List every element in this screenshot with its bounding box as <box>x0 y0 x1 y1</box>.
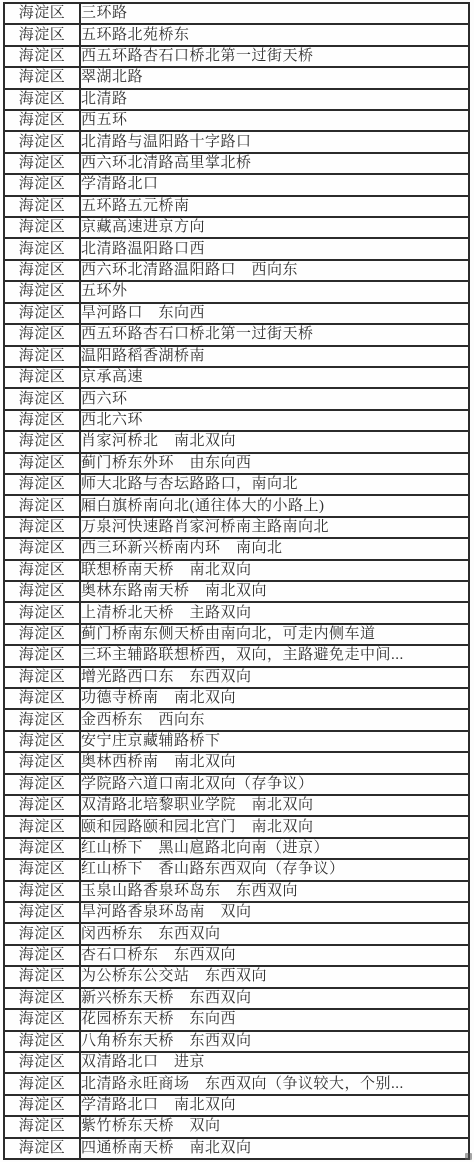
district-location-table: 海淀区三环路海淀区五环路北苑桥东海淀区西五环路杏石口桥北第一过街天桥海淀区翠湖北… <box>3 2 470 1160</box>
table-row: 海淀区红山桥下 香山路东西双向（存争议） <box>4 859 469 880</box>
table-row: 海淀区闵西桥东 东西双向 <box>4 923 469 944</box>
table-row: 海淀区西三环新兴桥南内环 南向北 <box>4 538 469 559</box>
table-row: 海淀区北清路永旺商场 东西双向（争议较大，个别... <box>4 1073 469 1094</box>
table-row: 海淀区旱河路口 东向西 <box>4 303 469 324</box>
district-cell[interactable]: 海淀区 <box>4 1009 80 1030</box>
district-cell[interactable]: 海淀区 <box>4 774 80 795</box>
table-row: 海淀区五环外 <box>4 281 469 302</box>
district-cell[interactable]: 海淀区 <box>4 410 80 431</box>
district-cell[interactable]: 海淀区 <box>4 474 80 495</box>
district-cell[interactable]: 海淀区 <box>4 1116 80 1137</box>
location-cell[interactable]: 增光路西口东 东西双向 <box>80 667 469 688</box>
district-cell[interactable]: 海淀区 <box>4 67 80 88</box>
location-cell[interactable]: 北清路永旺商场 东西双向（争议较大，个别... <box>80 1073 469 1094</box>
district-cell[interactable]: 海淀区 <box>4 988 80 1009</box>
table-row: 海淀区北清路温阳路口西 <box>4 238 469 259</box>
location-cell[interactable]: 西五环路杏石口桥北第一过街天桥 <box>80 46 469 67</box>
location-cell[interactable]: 学清路北口 <box>80 174 469 195</box>
district-cell[interactable]: 海淀区 <box>4 3 80 24</box>
table-row: 海淀区花园桥东天桥 东向西 <box>4 1009 469 1030</box>
table-row: 海淀区玉泉山路香泉环岛东 东西双向 <box>4 881 469 902</box>
location-cell[interactable]: 双清路北口 进京 <box>80 1052 469 1073</box>
location-cell[interactable]: 三环路 <box>80 3 469 24</box>
location-cell[interactable]: 蓟门桥南东侧天桥由南向北，可走内侧车道 <box>80 624 469 645</box>
table-row: 海淀区三环主辅路联想桥西，双向，主路避免走中间... <box>4 645 469 666</box>
table-row: 海淀区新兴桥东天桥 东西双向 <box>4 988 469 1009</box>
location-cell[interactable]: 西六环北清路温阳路口 西向东 <box>80 260 469 281</box>
location-cell[interactable]: 西北六环 <box>80 410 469 431</box>
table-row: 海淀区西六环 <box>4 388 469 409</box>
table-row: 海淀区西五环路杏石口桥北第一过街天桥 <box>4 324 469 345</box>
district-cell[interactable]: 海淀区 <box>4 1031 80 1052</box>
table-row: 海淀区学清路北口 南北双向 <box>4 1095 469 1116</box>
district-cell[interactable]: 海淀区 <box>4 431 80 452</box>
table-row: 海淀区功德寺桥南 南北双向 <box>4 688 469 709</box>
table-row: 海淀区八角桥东天桥 东西双向 <box>4 1031 469 1052</box>
table-row: 海淀区五环路北苑桥东 <box>4 24 469 45</box>
table-row: 海淀区为公桥东公交站 东西双向 <box>4 966 469 987</box>
location-cell[interactable]: 厢白旗桥南向北(通往体大的小路上) <box>80 495 469 516</box>
district-cell[interactable]: 海淀区 <box>4 538 80 559</box>
location-cell[interactable]: 学清路北口 南北双向 <box>80 1095 469 1116</box>
district-cell[interactable]: 海淀区 <box>4 688 80 709</box>
table-row: 海淀区北清路与温阳路十字路口 <box>4 131 469 152</box>
table-row: 海淀区西六环北清路温阳路口 西向东 <box>4 260 469 281</box>
table-row: 海淀区京承高速 <box>4 367 469 388</box>
location-cell[interactable]: 京承高速 <box>80 367 469 388</box>
location-cell[interactable]: 八角桥东天桥 东西双向 <box>80 1031 469 1052</box>
location-cell[interactable]: 西六环北清路高里掌北桥 <box>80 153 469 174</box>
location-cell[interactable]: 三环主辅路联想桥西，双向，主路避免走中间... <box>80 645 469 666</box>
table-row: 海淀区紫竹桥东天桥 双向 <box>4 1116 469 1137</box>
table-row: 海淀区颐和园路颐和园北宫门 南北双向 <box>4 816 469 837</box>
location-cell[interactable]: 五环路五元桥南 <box>80 196 469 217</box>
district-cell[interactable]: 海淀区 <box>4 388 80 409</box>
district-cell[interactable]: 海淀区 <box>4 795 80 816</box>
table-row: 海淀区学清路北口 <box>4 174 469 195</box>
location-cell[interactable]: 西五环 <box>80 110 469 131</box>
table-row: 海淀区联想桥南天桥 南北双向 <box>4 560 469 581</box>
table-row: 海淀区西北六环 <box>4 410 469 431</box>
district-cell[interactable]: 海淀区 <box>4 966 80 987</box>
location-cell[interactable]: 玉泉山路香泉环岛东 东西双向 <box>80 881 469 902</box>
location-cell[interactable]: 温阳路稻香湖桥南 <box>80 346 469 367</box>
table-row: 海淀区肖家河桥北 南北双向 <box>4 431 469 452</box>
district-cell[interactable]: 海淀区 <box>4 1073 80 1094</box>
location-cell[interactable]: 五环外 <box>80 281 469 302</box>
location-cell[interactable]: 红山桥下 香山路东西双向（存争议） <box>80 859 469 880</box>
table-row: 海淀区万泉河快速路肖家河桥南主路南向北 <box>4 517 469 538</box>
table-row: 海淀区上清桥北天桥 主路双向 <box>4 602 469 623</box>
location-cell[interactable]: 上清桥北天桥 主路双向 <box>80 602 469 623</box>
district-cell[interactable]: 海淀区 <box>4 602 80 623</box>
location-cell[interactable]: 万泉河快速路肖家河桥南主路南向北 <box>80 517 469 538</box>
district-cell[interactable]: 海淀区 <box>4 517 80 538</box>
district-cell[interactable]: 海淀区 <box>4 453 80 474</box>
table-row: 海淀区西六环北清路高里掌北桥 <box>4 153 469 174</box>
location-cell[interactable]: 金西桥东 西向东 <box>80 709 469 730</box>
table-row: 海淀区奥林西桥南 南北双向 <box>4 752 469 773</box>
location-cell[interactable]: 双清路北培黎职业学院 南北双向 <box>80 795 469 816</box>
district-cell[interactable]: 海淀区 <box>4 367 80 388</box>
district-cell[interactable]: 海淀区 <box>4 346 80 367</box>
location-cell[interactable]: 闵西桥东 东西双向 <box>80 923 469 944</box>
table-row: 海淀区西五环 <box>4 110 469 131</box>
district-cell[interactable]: 海淀区 <box>4 260 80 281</box>
table-row: 海淀区师大北路与杏坛路路口，南向北 <box>4 474 469 495</box>
district-cell[interactable]: 海淀区 <box>4 945 80 966</box>
location-cell[interactable]: 翠湖北路 <box>80 67 469 88</box>
table-row: 海淀区金西桥东 西向东 <box>4 709 469 730</box>
location-cell[interactable]: 新兴桥东天桥 东西双向 <box>80 988 469 1009</box>
location-cell[interactable]: 杏石口桥东 东西双向 <box>80 945 469 966</box>
table-row: 海淀区奥林东路南天桥 南北双向 <box>4 581 469 602</box>
location-cell[interactable]: 学院路六道口南北双向（存争议） <box>80 774 469 795</box>
district-cell[interactable]: 海淀区 <box>4 1052 80 1073</box>
location-cell[interactable]: 颐和园路颐和园北宫门 南北双向 <box>80 816 469 837</box>
location-cell[interactable]: 五环路北苑桥东 <box>80 24 469 45</box>
location-cell[interactable]: 为公桥东公交站 东西双向 <box>80 966 469 987</box>
district-cell[interactable]: 海淀区 <box>4 131 80 152</box>
table-row: 海淀区杏石口桥东 东西双向 <box>4 945 469 966</box>
location-cell[interactable]: 红山桥下 黑山扈路北向南（进京） <box>80 838 469 859</box>
district-cell[interactable]: 海淀区 <box>4 923 80 944</box>
district-cell[interactable]: 海淀区 <box>4 1138 80 1159</box>
district-cell[interactable]: 海淀区 <box>4 645 80 666</box>
location-cell[interactable]: 西六环 <box>80 388 469 409</box>
table-row: 海淀区红山桥下 黑山扈路北向南（进京） <box>4 838 469 859</box>
location-cell[interactable]: 西五环路杏石口桥北第一过街天桥 <box>80 324 469 345</box>
district-cell[interactable]: 海淀区 <box>4 816 80 837</box>
district-cell[interactable]: 海淀区 <box>4 902 80 923</box>
district-cell[interactable]: 海淀区 <box>4 560 80 581</box>
district-cell[interactable]: 海淀区 <box>4 89 80 110</box>
table-row: 海淀区双清路北口 进京 <box>4 1052 469 1073</box>
document-sheet: 海淀区三环路海淀区五环路北苑桥东海淀区西五环路杏石口桥北第一过街天桥海淀区翠湖北… <box>0 0 474 1162</box>
location-cell[interactable]: 花园桥东天桥 东向西 <box>80 1009 469 1030</box>
table-row: 海淀区学院路六道口南北双向（存争议） <box>4 774 469 795</box>
location-cell[interactable]: 肖家河桥北 南北双向 <box>80 431 469 452</box>
table-row: 海淀区翠湖北路 <box>4 67 469 88</box>
location-cell[interactable]: 西三环新兴桥南内环 南向北 <box>80 538 469 559</box>
location-cell[interactable]: 北清路 <box>80 89 469 110</box>
district-cell[interactable]: 海淀区 <box>4 752 80 773</box>
district-cell[interactable]: 海淀区 <box>4 881 80 902</box>
location-cell[interactable]: 旱河路口 东向西 <box>80 303 469 324</box>
district-cell[interactable]: 海淀区 <box>4 303 80 324</box>
table-row: 海淀区温阳路稻香湖桥南 <box>4 346 469 367</box>
location-cell[interactable]: 北清路与温阳路十字路口 <box>80 131 469 152</box>
table-row: 海淀区五环路五元桥南 <box>4 196 469 217</box>
location-cell[interactable]: 北清路温阳路口西 <box>80 238 469 259</box>
table-row: 海淀区双清路北培黎职业学院 南北双向 <box>4 795 469 816</box>
location-cell[interactable]: 紫竹桥东天桥 双向 <box>80 1116 469 1137</box>
district-cell[interactable]: 海淀区 <box>4 174 80 195</box>
district-cell[interactable]: 海淀区 <box>4 624 80 645</box>
district-cell[interactable]: 海淀区 <box>4 709 80 730</box>
table-row: 海淀区三环路 <box>4 3 469 24</box>
table-row: 海淀区北清路 <box>4 89 469 110</box>
table-row: 海淀区安宁庄京藏辅路桥下 <box>4 731 469 752</box>
district-cell[interactable]: 海淀区 <box>4 46 80 67</box>
location-cell[interactable]: 蓟门桥东外环 由东向西 <box>80 453 469 474</box>
location-cell[interactable]: 京藏高速进京方向 <box>80 217 469 238</box>
location-cell[interactable]: 安宁庄京藏辅路桥下 <box>80 731 469 752</box>
district-cell[interactable]: 海淀区 <box>4 217 80 238</box>
location-cell[interactable]: 联想桥南天桥 南北双向 <box>80 560 469 581</box>
district-cell[interactable]: 海淀区 <box>4 838 80 859</box>
fill-handle[interactable] <box>465 1153 472 1160</box>
location-cell[interactable]: 奥林东路南天桥 南北双向 <box>80 581 469 602</box>
location-cell[interactable]: 四通桥南天桥 南北双向 <box>80 1138 469 1159</box>
location-cell[interactable]: 功德寺桥南 南北双向 <box>80 688 469 709</box>
district-cell[interactable]: 海淀区 <box>4 1095 80 1116</box>
district-cell[interactable]: 海淀区 <box>4 110 80 131</box>
table-body: 海淀区三环路海淀区五环路北苑桥东海淀区西五环路杏石口桥北第一过街天桥海淀区翠湖北… <box>4 3 469 1159</box>
district-cell[interactable]: 海淀区 <box>4 153 80 174</box>
table-row: 海淀区增光路西口东 东西双向 <box>4 667 469 688</box>
district-cell[interactable]: 海淀区 <box>4 324 80 345</box>
table-row: 海淀区西五环路杏石口桥北第一过街天桥 <box>4 46 469 67</box>
district-cell[interactable]: 海淀区 <box>4 281 80 302</box>
location-cell[interactable]: 师大北路与杏坛路路口，南向北 <box>80 474 469 495</box>
table-row: 海淀区蓟门桥南东侧天桥由南向北，可走内侧车道 <box>4 624 469 645</box>
district-cell[interactable]: 海淀区 <box>4 859 80 880</box>
table-row: 海淀区四通桥南天桥 南北双向 <box>4 1138 469 1159</box>
table-row: 海淀区蓟门桥东外环 由东向西 <box>4 453 469 474</box>
district-cell[interactable]: 海淀区 <box>4 731 80 752</box>
district-cell[interactable]: 海淀区 <box>4 667 80 688</box>
district-cell[interactable]: 海淀区 <box>4 238 80 259</box>
table-row: 海淀区厢白旗桥南向北(通往体大的小路上) <box>4 495 469 516</box>
table-row: 海淀区旱河路香泉环岛南 双向 <box>4 902 469 923</box>
district-cell[interactable]: 海淀区 <box>4 495 80 516</box>
location-cell[interactable]: 旱河路香泉环岛南 双向 <box>80 902 469 923</box>
table-row: 海淀区京藏高速进京方向 <box>4 217 469 238</box>
district-cell[interactable]: 海淀区 <box>4 196 80 217</box>
district-cell[interactable]: 海淀区 <box>4 24 80 45</box>
location-cell[interactable]: 奥林西桥南 南北双向 <box>80 752 469 773</box>
district-cell[interactable]: 海淀区 <box>4 581 80 602</box>
